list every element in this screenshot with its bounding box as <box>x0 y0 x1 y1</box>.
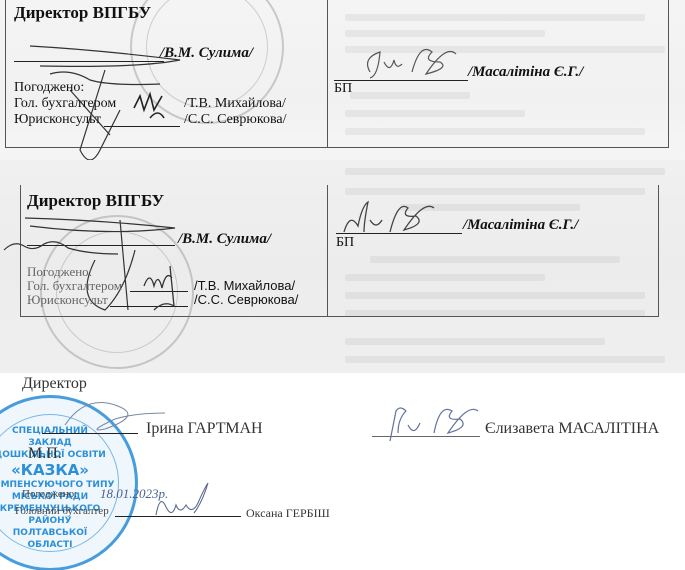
seal-mark: М.П. <box>28 445 62 463</box>
chief-accountant-label: Головний бухгалтер <box>15 505 109 517</box>
signatory-name: /Масалітіна Є.Г./ <box>463 217 578 234</box>
chief-accountant-name: /Т.В. Михайлова/ <box>194 278 295 293</box>
signatory-name: Єлизавета МАСАЛІТІНА <box>485 420 659 438</box>
accountant-signature <box>130 88 190 128</box>
legal-counsel-name: /С.С. Севрюкова/ <box>194 292 298 307</box>
director-name: /В.М. Сулима/ <box>178 231 271 248</box>
signature-block-3: Директор СПЕЦІАЛЬНИЙ ЗАКЛАД ДОШКІЛЬНОЇ О… <box>0 373 685 570</box>
signatory-signature <box>350 42 460 87</box>
director-title: Директор ВПГБУ <box>14 3 151 23</box>
table-border <box>658 185 659 316</box>
agreed-label: Погоджено: <box>14 80 84 96</box>
legal-counsel-label: Юрисконсульт <box>14 112 101 128</box>
legal-counsel-label: Юрисконсульт <box>27 292 108 308</box>
table-border <box>327 0 328 147</box>
table-border <box>327 185 328 316</box>
legal-counsel-name: /С.С. Севрюкова/ <box>184 112 286 128</box>
accountant-signature <box>140 256 190 311</box>
agreed-label: Погоджено: <box>22 488 77 500</box>
chief-accountant-name: Оксана ГЕРБІШ <box>246 506 330 521</box>
signature-block-2: Директор ВПГБУ /В.М. Сулима/ Погоджено: … <box>0 160 685 373</box>
accountant-signature <box>150 485 220 525</box>
table-border <box>5 0 6 147</box>
director-title: Директор <box>22 375 87 393</box>
signatory-name: /Масалітіна Є.Г./ <box>468 64 583 81</box>
signature-block-1: Директор ВПГБУ /В.М. Сулима/ Погоджено: … <box>0 0 685 160</box>
table-border <box>668 0 669 147</box>
signatory-role: БП <box>334 81 352 97</box>
chief-accountant-name: /Т.В. Михайлова/ <box>184 96 286 112</box>
signatory-role: БП <box>336 235 354 251</box>
signatory-signature <box>380 399 485 449</box>
director-name: Ірина ГАРТМАН <box>146 420 263 438</box>
chief-accountant-label: Гол. бухгалтером <box>14 96 116 112</box>
